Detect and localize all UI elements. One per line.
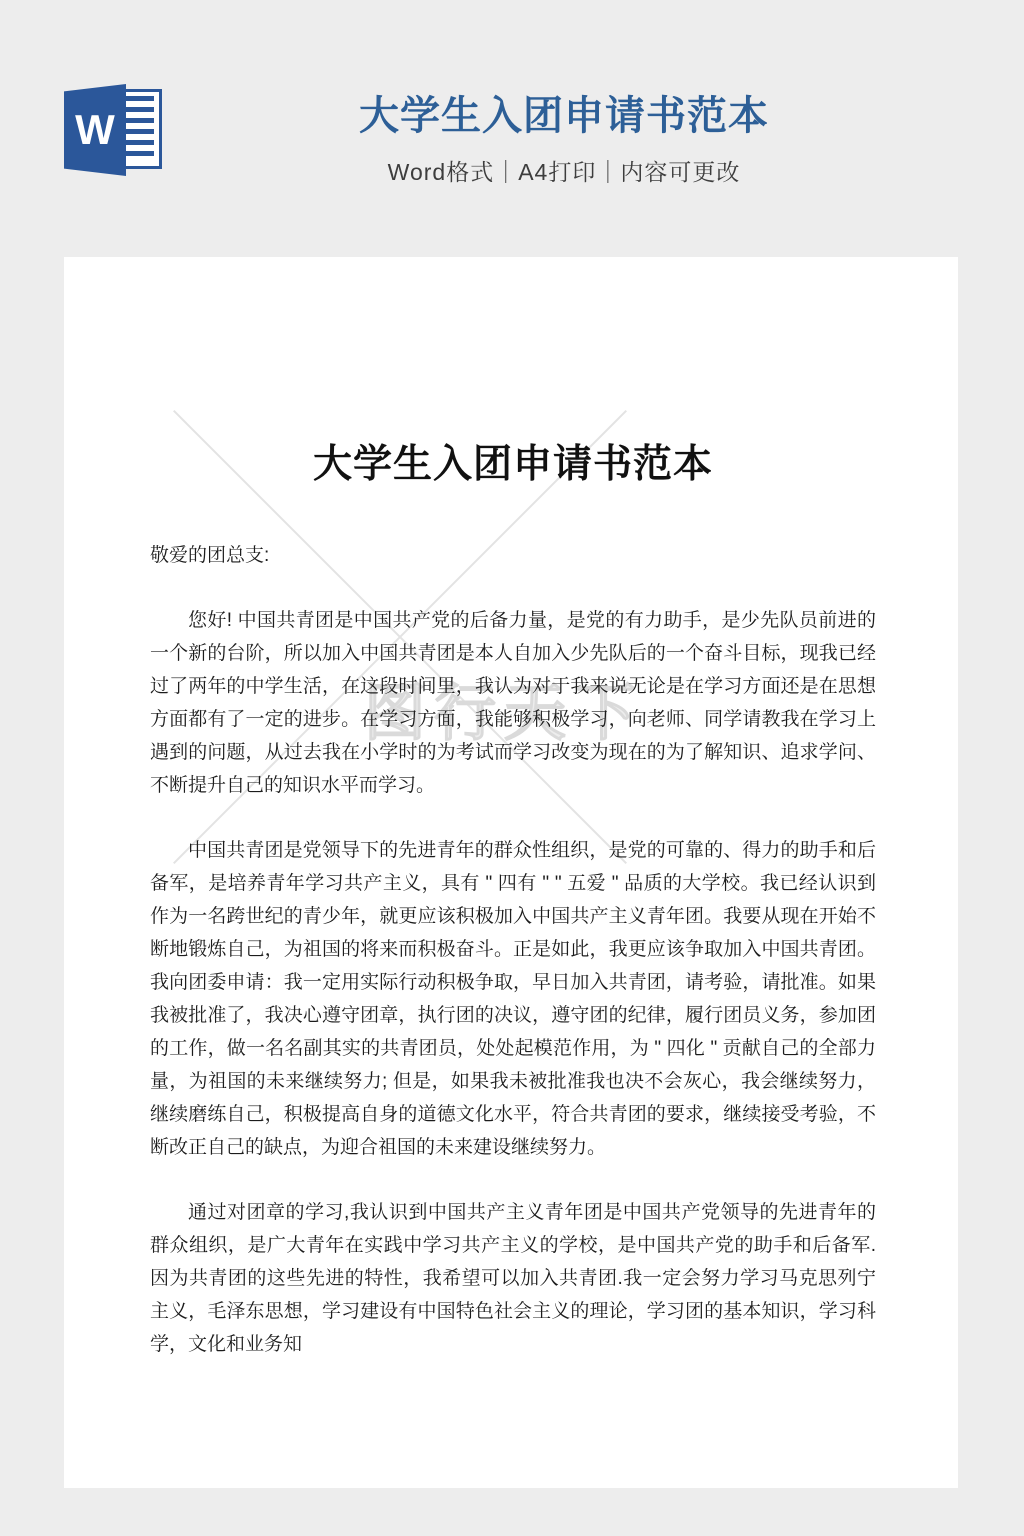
paragraph: 中国共青团是党领导下的先进青年的群众性组织，是党的可靠的、得力的助手和后备军，是… xyxy=(150,834,876,1164)
header-text-block: 大学生入团申请书范本 Word格式｜A4打印｜内容可更改 xyxy=(104,94,1024,187)
header-subtitle: Word格式｜A4打印｜内容可更改 xyxy=(104,154,1024,187)
document-content: 大学生入团申请书范本 敬爱的团总支: 您好! 中国共青团是中国共产党的后备力量，… xyxy=(64,442,958,1361)
document-title: 大学生入团申请书范本 xyxy=(150,442,876,489)
document-page: 图行天下 大学生入团申请书范本 敬爱的团总支: 您好! 中国共青团是中国共产党的… xyxy=(64,257,958,1488)
salutation: 敬爱的团总支: xyxy=(150,539,876,572)
paragraph: 通过对团章的学习,我认识到中国共产主义青年团是中国共产党领导的先进青年的群众组织… xyxy=(150,1196,876,1361)
app-header: W 大学生入团申请书范本 Word格式｜A4打印｜内容可更改 xyxy=(0,0,1024,257)
header-title: 大学生入团申请书范本 xyxy=(104,94,1024,138)
paragraph: 您好! 中国共青团是中国共产党的后备力量，是党的有力助手，是少先队员前进的一个新… xyxy=(150,604,876,802)
